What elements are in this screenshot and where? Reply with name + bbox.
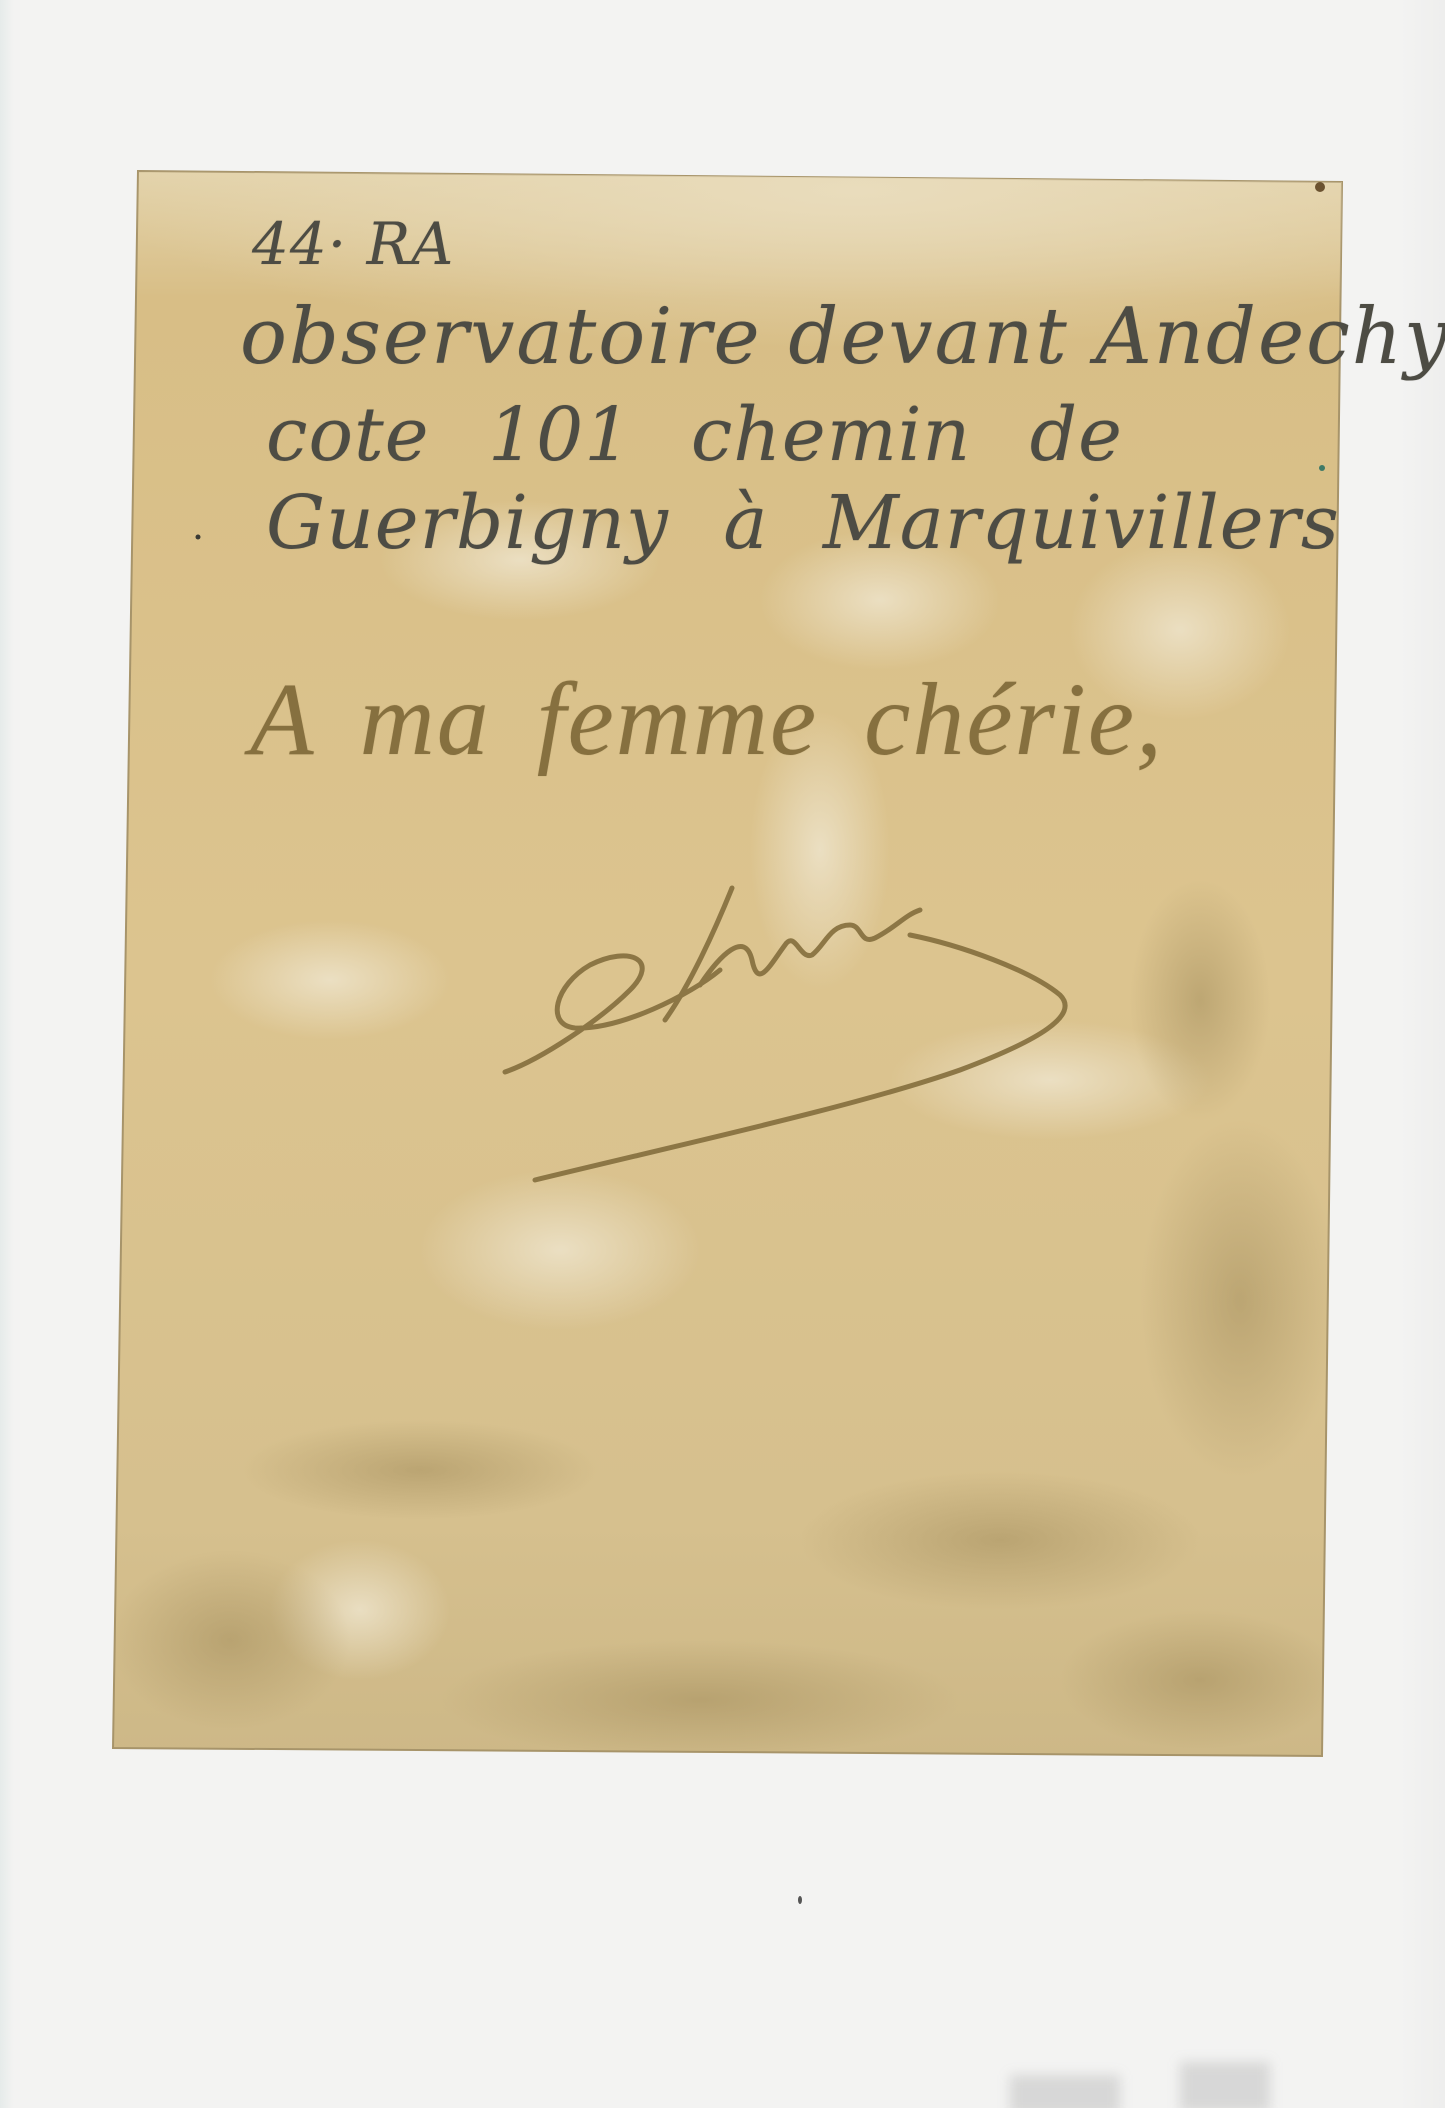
backing-speck xyxy=(798,1896,802,1904)
backing-bleed-through xyxy=(1010,2075,1120,2108)
ink-dedication: A ma femme chérie, xyxy=(250,660,1164,779)
pencil-location-line-3: Guerbigny à Marquivillers xyxy=(266,480,1340,566)
pencil-regiment-label: 44· RA xyxy=(252,210,454,278)
backing-bleed-through xyxy=(1180,2062,1270,2108)
pencil-location-line-2: cote 101 chemin de xyxy=(266,392,1123,478)
pencil-location-line-1: observatoire devant Andechy xyxy=(240,292,1445,382)
scan-page: 44· RA observatoire devant Andechy cote … xyxy=(0,0,1445,2108)
